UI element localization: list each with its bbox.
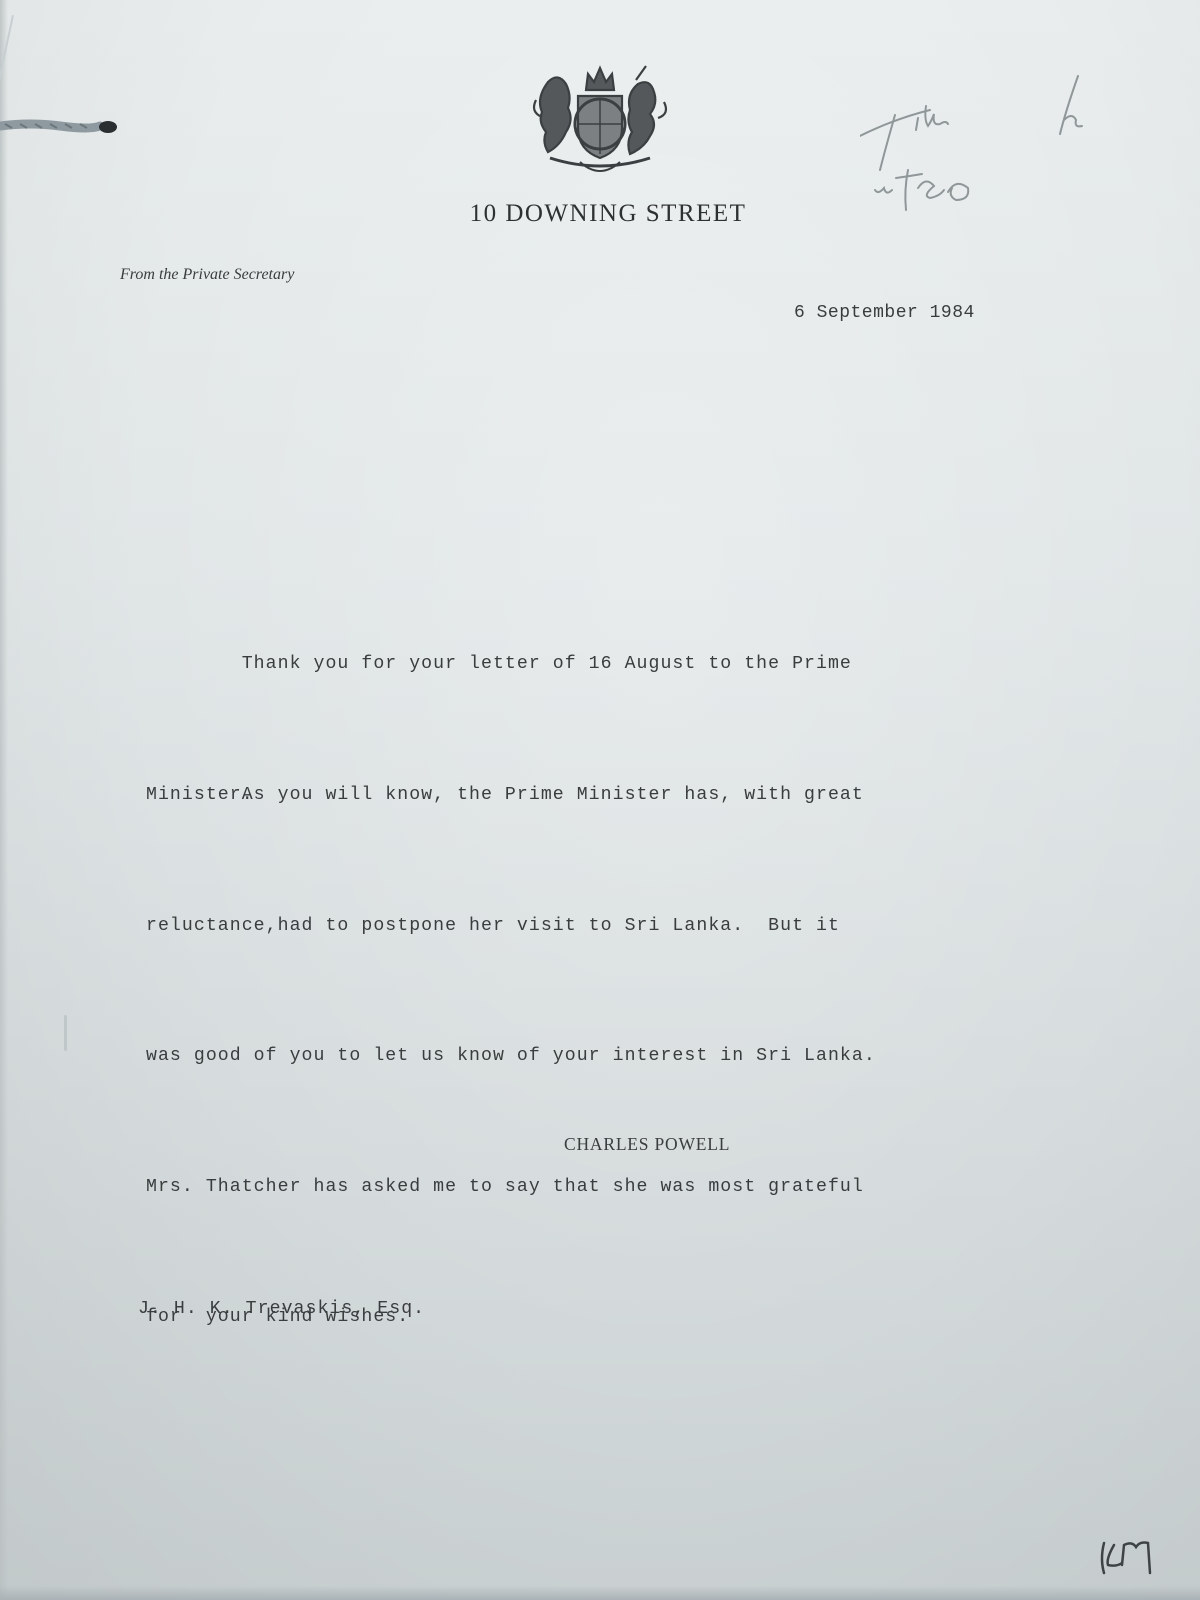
from-line: From the Private Secretary: [120, 266, 294, 284]
body-line: was good of you to let us know of your i…: [146, 1035, 1046, 1079]
recipient-name: J. H. K. Trevaskis, Esq.: [138, 1299, 425, 1319]
letter-date: 6 September 1984: [794, 303, 975, 323]
body-line: Thank you for your letter of 16 August t…: [146, 643, 1046, 687]
body-paragraph-2: As you will know, the Prime Minister has…: [146, 687, 1046, 1383]
handwritten-annotation-icon: [860, 70, 1160, 230]
handwritten-initials-icon: [1098, 1535, 1158, 1580]
page-edge: [0, 0, 8, 1600]
body-line: As you will know, the Prime Minister has…: [146, 774, 1046, 818]
body-line: reluctance,had to postpone her visit to …: [146, 905, 1046, 949]
body-line: Mrs. Thatcher has asked me to say that s…: [146, 1166, 1046, 1210]
signature-name: CHARLES POWELL: [564, 1134, 730, 1155]
paper-mark: [64, 1015, 67, 1051]
page-bottom-edge: [0, 1586, 1200, 1600]
royal-crest-icon: [528, 62, 673, 182]
binder-tag-icon: [0, 118, 120, 134]
